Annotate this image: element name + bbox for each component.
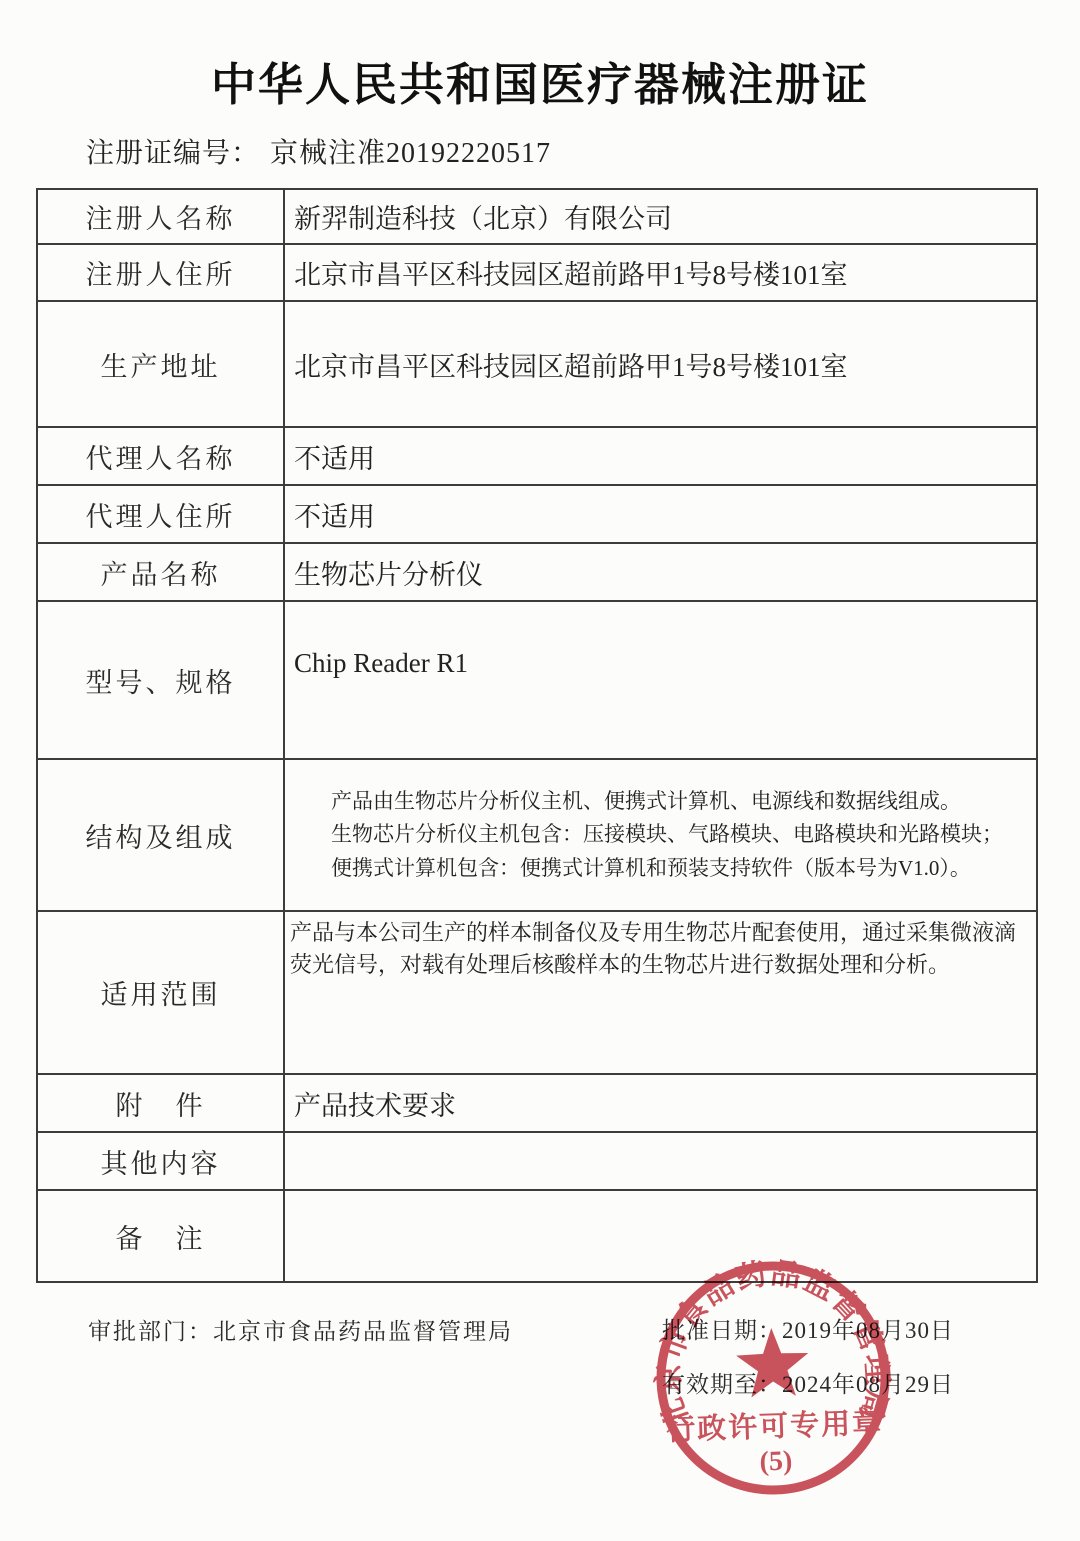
row-label: 注册人住所	[38, 245, 285, 300]
approval-department-value: 北京市食品药品监督管理局	[213, 1319, 513, 1344]
row-value: 不适用	[285, 486, 1036, 542]
row-value: 产品由生物芯片分析仪主机、便携式计算机、电源线和数据线组成。 生物芯片分析仪主机…	[285, 760, 1036, 910]
table-row-model-spec: 型号、规格 Chip Reader R1	[38, 602, 1036, 760]
row-label: 产品名称	[38, 544, 285, 600]
row-label: 代理人名称	[38, 428, 285, 484]
row-label: 型号、规格	[38, 602, 285, 758]
row-value: 产品与本公司生产的样本制备仪及专用生物芯片配套使用，通过采集微液滴荧光信号，对载…	[285, 912, 1036, 1073]
page-title: 中华人民共和国医疗器械注册证	[0, 48, 1080, 113]
row-value	[285, 1133, 1036, 1189]
row-label: 附 件	[38, 1075, 285, 1131]
row-label: 其他内容	[38, 1133, 285, 1189]
row-label: 结构及组成	[38, 760, 285, 910]
registration-number-value: 京械注准20192220517	[270, 138, 551, 169]
table-row-structure-composition: 结构及组成 产品由生物芯片分析仪主机、便携式计算机、电源线和数据线组成。 生物芯…	[38, 760, 1036, 912]
approval-department-label: 审批部门：	[88, 1319, 213, 1344]
row-label: 适用范围	[38, 912, 285, 1073]
row-value: 产品技术要求	[285, 1075, 1036, 1131]
table-row-registrant-address: 注册人住所 北京市昌平区科技园区超前路甲1号8号楼101室	[38, 245, 1036, 302]
registration-number-label: 注册证编号：	[86, 138, 260, 169]
row-value: Chip Reader R1	[285, 602, 1036, 758]
row-value: 北京市昌平区科技园区超前路甲1号8号楼101室	[285, 245, 1036, 300]
row-value: 北京市昌平区科技园区超前路甲1号8号楼101室	[285, 302, 1036, 426]
star-icon	[735, 1327, 810, 1398]
table-row-product-name: 产品名称 生物芯片分析仪	[38, 544, 1036, 602]
table-row-agent-address: 代理人住所 不适用	[38, 486, 1036, 544]
row-value: 生物芯片分析仪	[285, 544, 1036, 600]
approval-department: 审批部门：北京市食品药品监督管理局	[88, 1313, 513, 1346]
registration-table: 注册人名称 新羿制造科技（北京）有限公司 注册人住所 北京市昌平区科技园区超前路…	[36, 188, 1038, 1283]
row-value: 不适用	[285, 428, 1036, 484]
row-label: 生产地址	[38, 302, 285, 426]
seal-title: 行政许可专用章	[666, 1405, 884, 1447]
row-label: 备 注	[38, 1191, 285, 1281]
registration-number: 注册证编号：京械注准20192220517	[86, 131, 551, 171]
table-row-registrant-name: 注册人名称 新羿制造科技（北京）有限公司	[38, 190, 1036, 245]
row-label: 代理人住所	[38, 486, 285, 542]
table-row-intended-use: 适用范围 产品与本公司生产的样本制备仪及专用生物芯片配套使用，通过采集微液滴荧光…	[38, 912, 1036, 1075]
table-row-attachment: 附 件 产品技术要求	[38, 1075, 1036, 1133]
row-label: 注册人名称	[38, 190, 285, 243]
table-row-production-address: 生产地址 北京市昌平区科技园区超前路甲1号8号楼101室	[38, 302, 1036, 428]
official-seal: 北京市食品药品监督管理局 行政许可专用章 (5)	[636, 1241, 909, 1514]
table-row-agent-name: 代理人名称 不适用	[38, 428, 1036, 486]
row-value: 新羿制造科技（北京）有限公司	[285, 190, 1036, 243]
table-row-other-content: 其他内容	[38, 1133, 1036, 1191]
seal-number: (5)	[759, 1445, 793, 1477]
